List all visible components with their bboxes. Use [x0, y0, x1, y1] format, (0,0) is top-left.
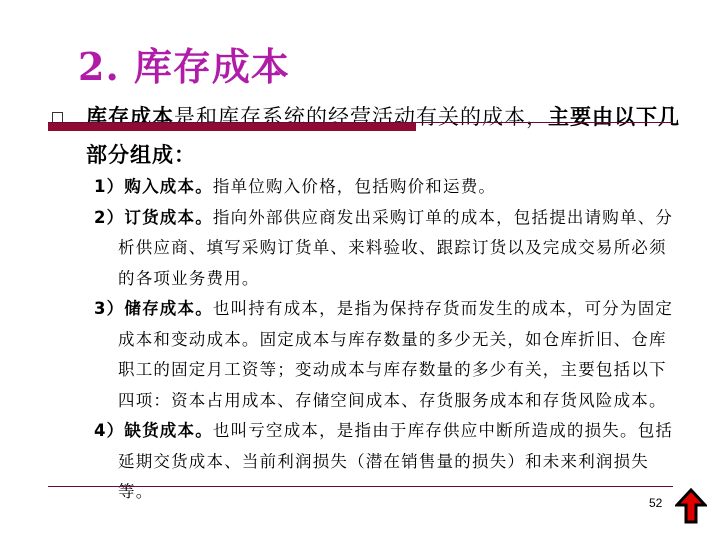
cost-items-list: 1）购入成本。指单位购入价格，包括购价和运费。 2）订货成本。指向外部供应商发出…	[94, 172, 674, 508]
list-item: 3）储存成本。也叫持有成本，是指为保持存货而发生的成本，可分为固定成本和变动成本…	[94, 294, 674, 416]
divider-bottom	[48, 486, 673, 487]
item-term: 缺货成本。	[124, 421, 213, 440]
divider-top-bar	[48, 123, 416, 131]
item-number: 4）	[94, 421, 124, 440]
page-title: 2. 库存成本	[78, 36, 290, 91]
list-item: 2）订货成本。指向外部供应商发出采购订单的成本，包括提出请购单、分析供应商、填写…	[94, 203, 674, 295]
item-number: 3）	[94, 299, 124, 318]
up-arrow-icon[interactable]	[675, 488, 707, 524]
item-term: 储存成本。	[124, 299, 213, 318]
list-item: 4）缺货成本。也叫亏空成本，是指由于库存供应中断所造成的损失。包括延期交货成本、…	[94, 416, 674, 508]
list-item: 1）购入成本。指单位购入价格，包括购价和运费。	[94, 172, 674, 203]
item-text: 指单位购入价格，包括购价和运费。	[213, 177, 496, 196]
item-term: 订货成本。	[124, 208, 213, 227]
item-term: 购入成本。	[124, 177, 213, 196]
lead-paragraph: 库存成本是和库存系统的经营活动有关的成本，主要由以下几部分组成：	[86, 98, 686, 174]
page-number: 52	[649, 496, 662, 510]
item-number: 1）	[94, 177, 124, 196]
item-number: 2）	[94, 208, 124, 227]
